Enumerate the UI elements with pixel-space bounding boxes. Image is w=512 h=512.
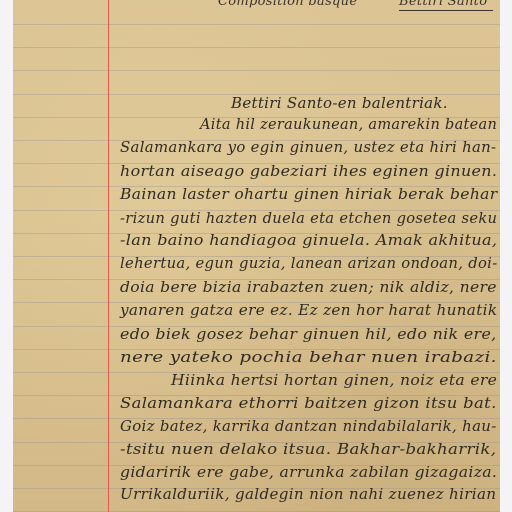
text-line: Goiz batez, karrika dantzan nindabilalar… [120,419,497,435]
text-line: edo biek gosez behar ginuen hil, edo nik… [120,327,497,343]
text-line: Hiinka hertsi hortan ginen, noiz eta ere [171,373,497,389]
text-line: -lan baino handiagoa ginuela. Amak akhit… [120,233,497,249]
paper-tear [0,468,6,471]
text-line: nere yateko pochia behar nuen irabazi. [120,350,497,366]
text-line: -tsitu nuen delako itsua. Bakhar-bakharr… [120,442,496,458]
notebook-page: Composition basque Bettiri Santo Bettiri… [13,0,500,512]
rule-line [13,24,500,25]
text-line: hortan aiseago gabeziari ihes eginen gin… [120,164,497,180]
red-margin-line [108,0,109,512]
text-line: Aita hil zeraukunean, amarekin batean [200,117,497,133]
text-line: Bainan laster ohartu ginen hiriak berak … [120,187,497,203]
text-line: lehertua, egun guzia, lanean arizan ondo… [120,256,498,272]
text-line: Salamankara ethorri baitzen gizon itsu b… [120,396,497,412]
header-subject: Composition basque [218,0,357,9]
rule-line [13,47,500,48]
header-underline [399,10,493,11]
text-line: yanaren gatza ere ez. Ez zen hor harat h… [120,303,497,319]
rule-line [13,70,500,71]
document-title: Bettiri Santo-en balentriak. [231,94,448,112]
text-line: gidaririk ere gabe, arrunka zabilan giza… [120,465,497,481]
text-line: -rizun guti hazten duela eta etchen gose… [120,211,497,227]
text-line: Salamankara yo egin ginuen, ustez eta hi… [120,140,496,156]
text-line: doia bere bizia irabazten zuen; nik aldi… [120,280,497,296]
text-line: Urrikalduriik, galdegin nion nahi zuenez… [120,487,496,503]
header-name: Bettiri Santo [399,0,487,9]
